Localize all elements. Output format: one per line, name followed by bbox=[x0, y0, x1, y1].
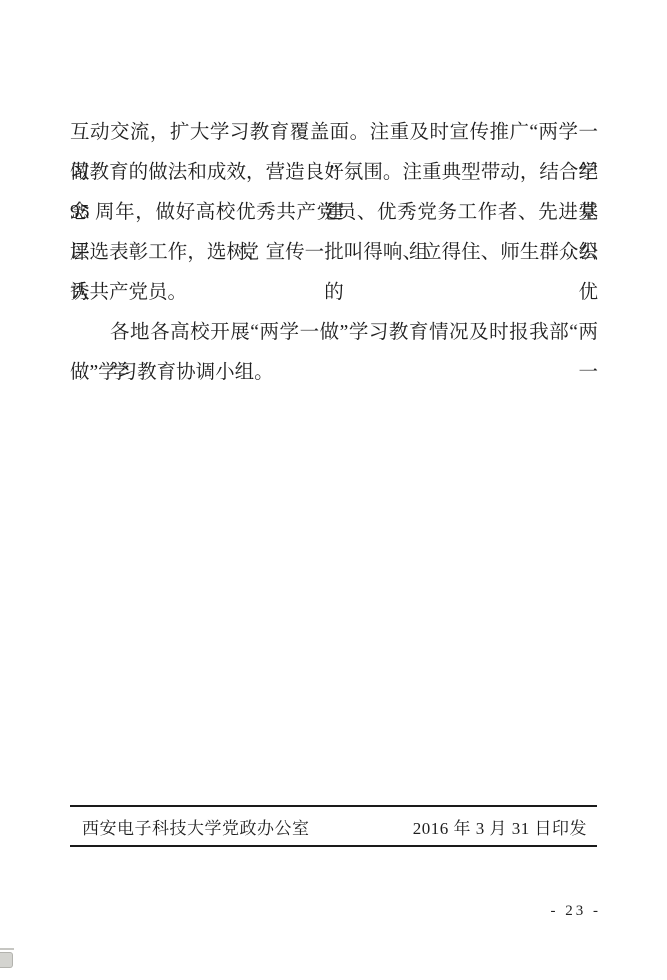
body-line: 互动交流，扩大学习教育覆盖面。注重及时宣传推广“两学一做”学 bbox=[70, 113, 598, 153]
body-line: 习教育的做法和成效，营造良好氛围。注重典型带动，结合纪念建党 bbox=[70, 153, 598, 193]
artifact-body bbox=[0, 952, 13, 968]
page-corner-artifact-icon bbox=[0, 947, 18, 969]
footer-print-date: 2016 年 3 月 31 日印发 bbox=[413, 814, 587, 839]
body-text-block: 互动交流，扩大学习教育覆盖面。注重及时宣传推广“两学一做”学 习教育的做法和成效… bbox=[70, 113, 598, 393]
artifact-top-line bbox=[0, 948, 14, 950]
body-line: 评选表彰工作，选树、宣传一批叫得响、立得住、师生群众公认的优 bbox=[70, 233, 598, 273]
body-line: 95 周年，做好高校优秀共产党员、优秀党务工作者、先进基层党组织 bbox=[70, 193, 598, 233]
footer-row: 西安电子科技大学党政办公室 2016 年 3 月 31 日印发 bbox=[70, 807, 597, 845]
document-page: 互动交流，扩大学习教育覆盖面。注重及时宣传推广“两学一做”学 习教育的做法和成效… bbox=[0, 0, 667, 980]
page-number: - 23 - bbox=[551, 903, 602, 920]
document-footer: 西安电子科技大学党政办公室 2016 年 3 月 31 日印发 bbox=[70, 805, 597, 847]
body-line-paragraph-start: 各地各高校开展“两学一做”学习教育情况及时报我部“两学一 bbox=[70, 313, 598, 353]
footer-bottom-rule bbox=[70, 845, 597, 847]
footer-issuer: 西安电子科技大学党政办公室 bbox=[82, 814, 310, 839]
